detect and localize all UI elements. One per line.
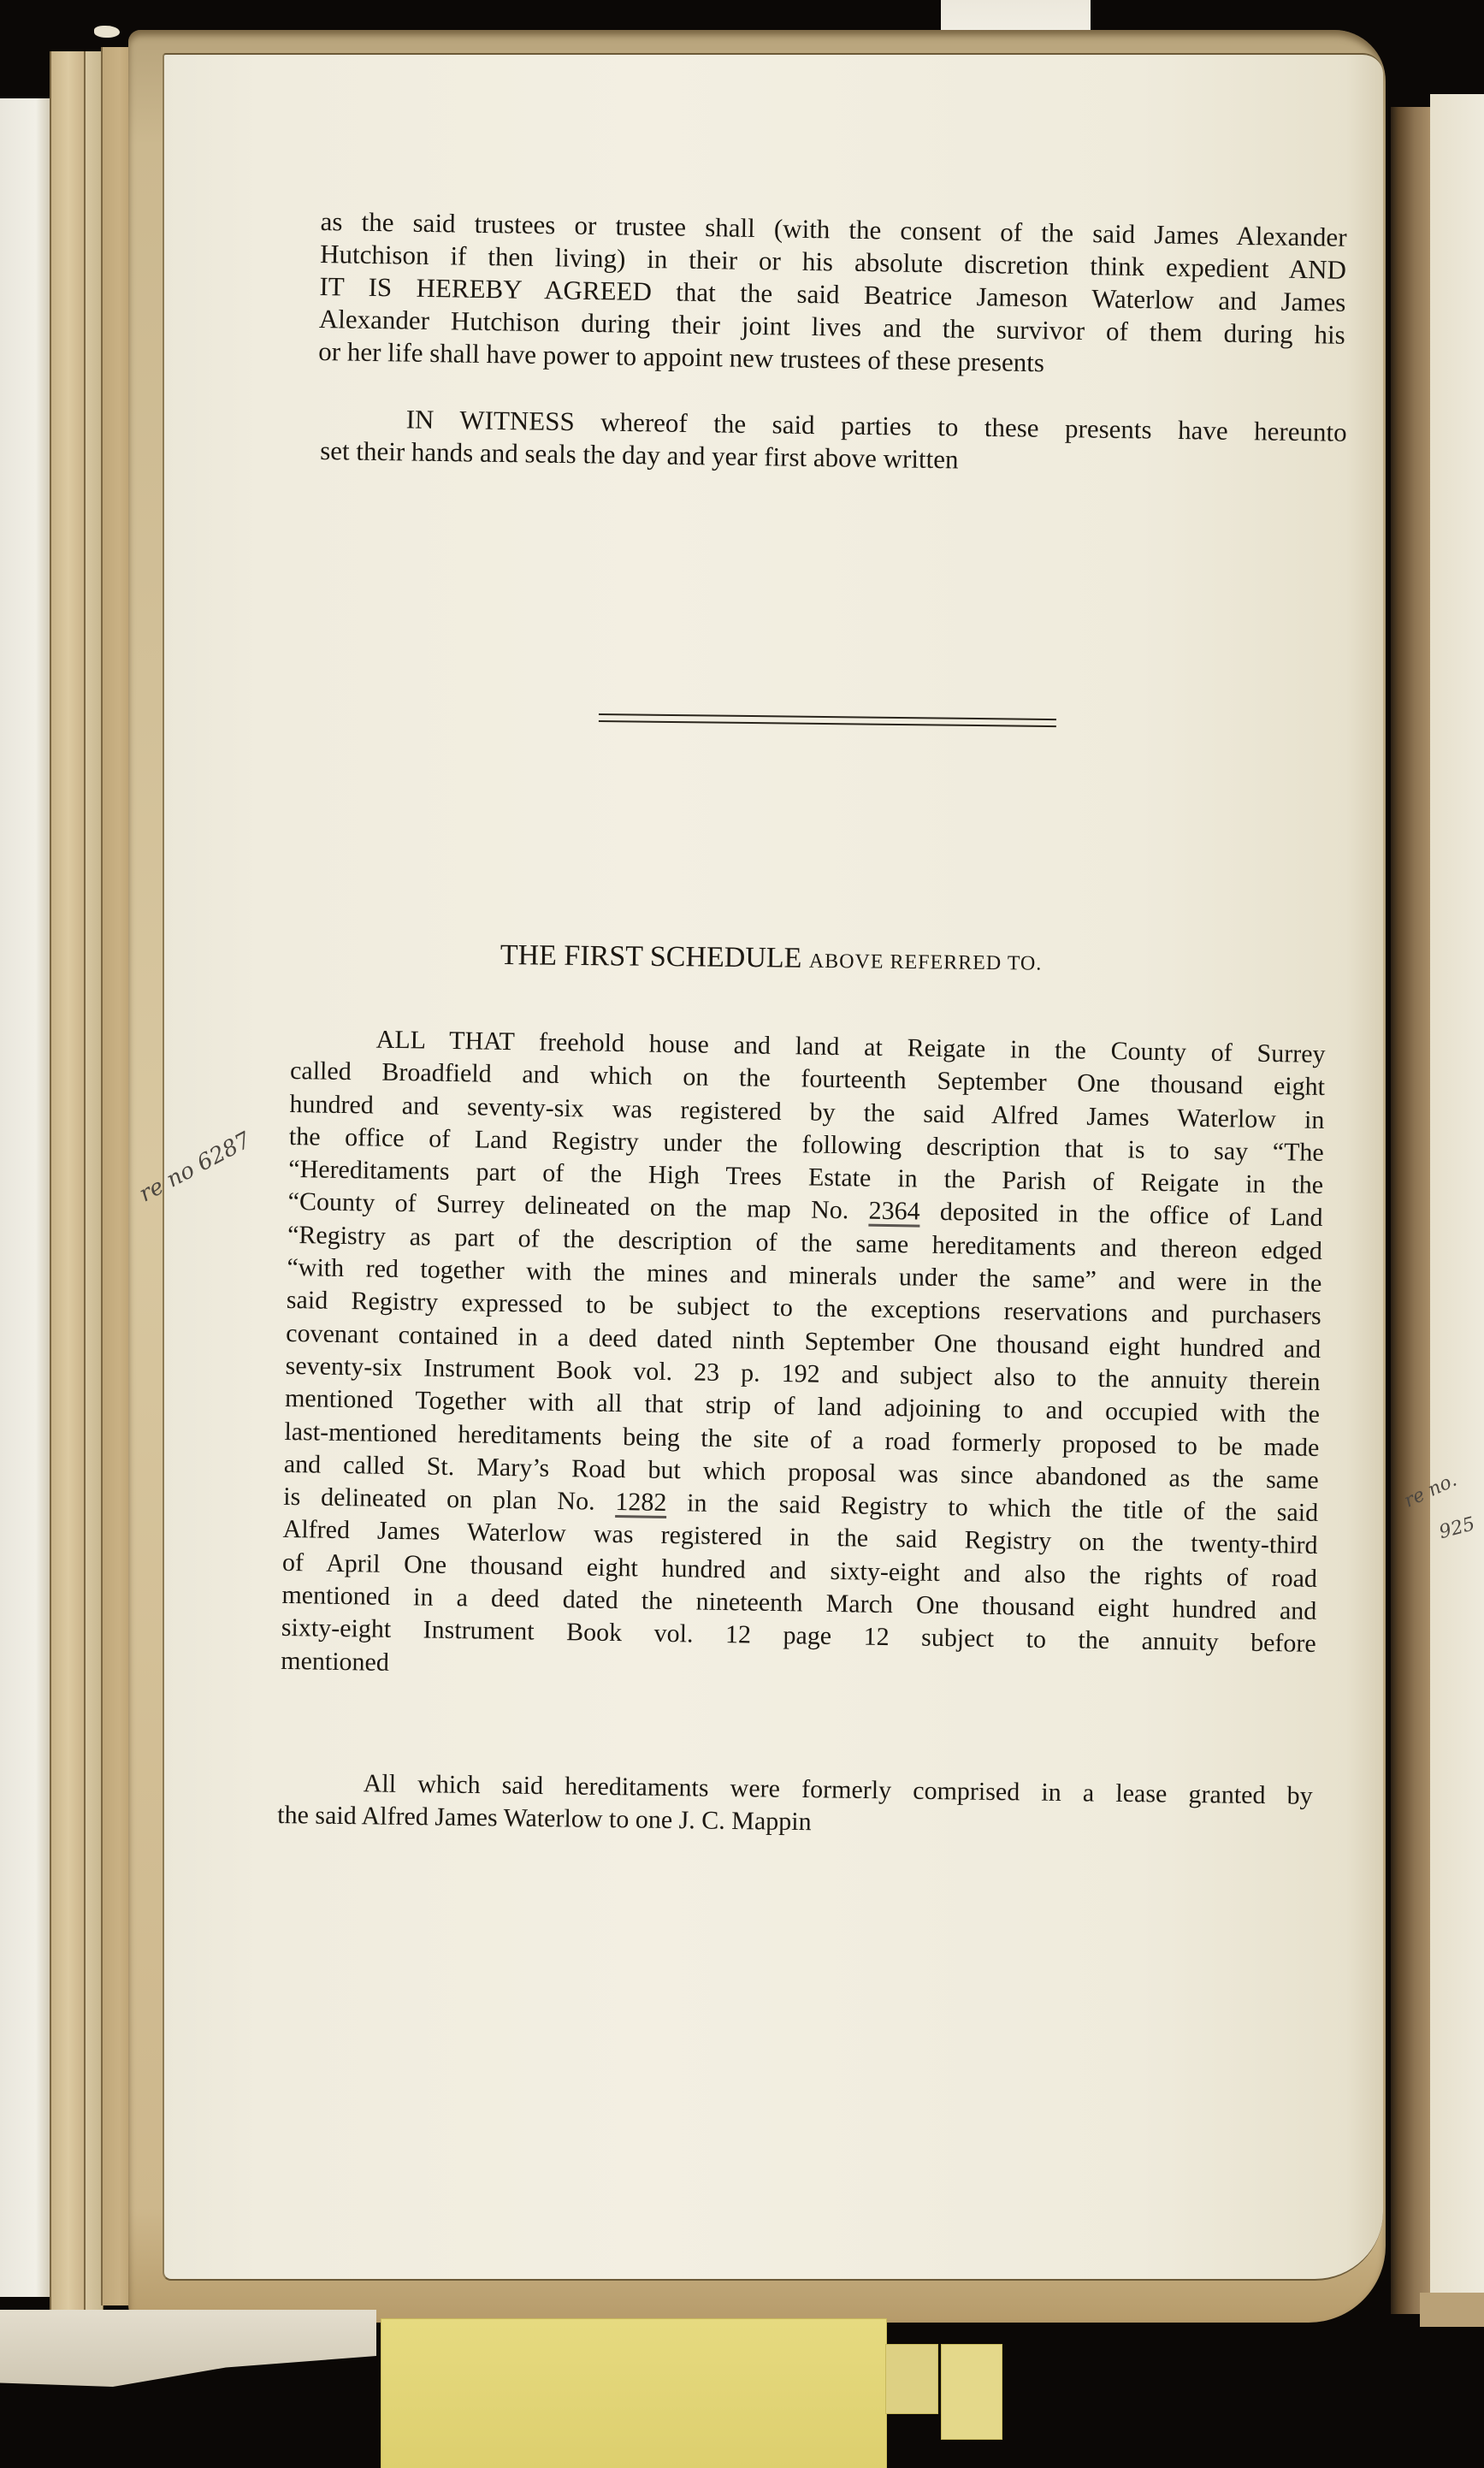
schedule-heading-sub: ABOVE REFERRED TO. (809, 950, 1043, 975)
book-gutter (1391, 107, 1430, 2314)
underlined-reference-number: 2364 (868, 1197, 920, 1226)
trustees-paragraph: as the said trustees or trustee shall (w… (318, 205, 1347, 384)
schedule-paragraph: ALL THAT freehold house and land at Reig… (281, 1022, 1326, 1694)
lease-paragraph: All which said hereditaments were former… (277, 1767, 1313, 1845)
torn-paper-bottom-left (0, 2310, 376, 2387)
right-page-bottom-edge (1420, 2293, 1484, 2327)
yellow-slip (885, 2344, 938, 2414)
left-page-edge (0, 98, 51, 2297)
yellow-slip (941, 2344, 1002, 2440)
yellow-slip (381, 2318, 887, 2468)
paper-scrap (94, 26, 120, 38)
schedule-heading: THE FIRST SCHEDULE ABOVE REFERRED TO. (500, 939, 1150, 979)
page-stack-edge (50, 51, 86, 2310)
right-page-edge (1430, 94, 1484, 2301)
schedule-heading-main: THE FIRST SCHEDULE (500, 939, 802, 974)
underlined-reference-number: 1282 (615, 1488, 667, 1517)
